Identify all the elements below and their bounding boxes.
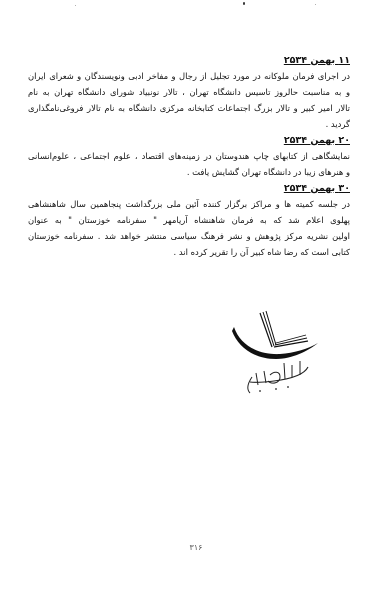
scan-speck <box>75 5 76 6</box>
text-line: و هنرهای زیبا در دانشگاه تهران گشایش یاف… <box>28 164 350 180</box>
text-line: اولین نشریه‌ مرکز پژوهش و نشر فرهنگ سیاس… <box>28 228 350 244</box>
text-line: نمایشگاهی از کتابهای چاپ هندوستان در زمی… <box>28 148 350 164</box>
page-number: ۳۱۶ <box>0 543 392 552</box>
entry-date: ۳۰ بهمن ۲۵۳۴ <box>28 182 350 196</box>
text-line: در جلسه‌ کمیته ها و مراکز برگزار کننده آ… <box>28 196 350 212</box>
open-book-icon <box>230 305 320 400</box>
entry-body: نمایشگاهی از کتابهای چاپ هندوستان در زمی… <box>28 148 350 180</box>
document-page: ۱۱ بهمن ۲۵۳۴ در اجرای فرمان ملوکانه در م… <box>0 0 392 600</box>
entry-body: در جلسه‌ کمیته ها و مراکز برگزار کننده آ… <box>28 196 350 260</box>
entry-3: ۳۰ بهمن ۲۵۳۴ در جلسه‌ کمیته ها و مراکز ب… <box>28 182 350 260</box>
entry-2: ۲۰ بهمن ۲۵۳۴ نمایشگاهی از کتابهای چاپ هن… <box>28 134 350 180</box>
scan-speck <box>315 4 316 5</box>
text-line: پهلوی اعلام شد که به فرمان شاهنشاه آریام… <box>28 212 350 228</box>
entry-date: ۲۰ بهمن ۲۵۳۴ <box>28 134 350 148</box>
text-line: گردید . <box>28 116 350 132</box>
text-line: کتابی است که رضا شاه کبیر آن را تقریر کر… <box>28 244 350 260</box>
text-line: در اجرای فرمان ملوکانه در مورد تجلیل از … <box>28 68 350 84</box>
entry-1: ۱۱ بهمن ۲۵۳۴ در اجرای فرمان ملوکانه در م… <box>28 54 350 132</box>
text-line: تالار امیر کبیر و تالار بزرگ اجتماعات کت… <box>28 100 350 116</box>
library-stamp-logo <box>230 305 320 400</box>
entry-date: ۱۱ بهمن ۲۵۳۴ <box>28 54 350 68</box>
scan-speck <box>243 2 245 5</box>
entry-body: در اجرای فرمان ملوکانه در مورد تجلیل از … <box>28 68 350 132</box>
text-line: و به مناسبت حالروز تاسیس دانشگاه تهران ،… <box>28 84 350 100</box>
